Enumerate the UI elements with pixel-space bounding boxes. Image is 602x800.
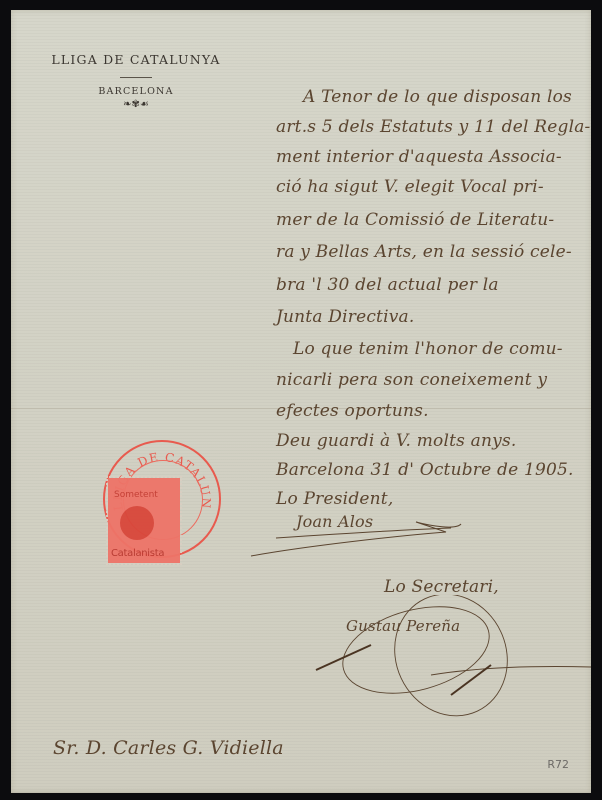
- body-line: bra 'l 30 del actual per la: [276, 275, 499, 295]
- secretary-signature: Gustau Pereña: [311, 595, 601, 730]
- body-line: efectes oportuns.: [276, 401, 429, 421]
- body-line: ció ha sigut V. elegit Vocal pri-: [276, 177, 544, 197]
- stamp-top-text: Sometent: [114, 490, 158, 500]
- body-line: mer de la Comissió de Literatu-: [276, 210, 554, 230]
- body-line: A Tenor de lo que disposan los: [303, 87, 572, 107]
- body-line: nicarli pera son coneixement y: [276, 370, 547, 390]
- body-line: ment interior d'aquesta Associa-: [276, 147, 562, 167]
- body-line: Lo que tenim l'honor de comu-: [293, 339, 563, 359]
- body-line: Lo President,: [276, 489, 393, 509]
- letterhead-rule: [120, 77, 152, 78]
- letterhead-city: BARCELONA: [41, 86, 231, 97]
- letterhead: LLIGA DE CATALUNYA BARCELONA ❧✾☙: [41, 52, 231, 110]
- body-line: ra y Bellas Arts, en la sessió cele-: [276, 242, 572, 262]
- secretary-label: Lo Secretari,: [384, 577, 499, 597]
- signature-flourish-icon: [311, 595, 601, 725]
- body-line: Barcelona 31 d' Octubre de 1905.: [276, 460, 574, 480]
- body-line: art.s 5 dels Estatuts y 11 del Regla-: [276, 117, 590, 137]
- body-line: Deu guardi à V. molts anys.: [276, 431, 516, 451]
- ornament-icon: ❧✾☙: [41, 99, 231, 110]
- letter-paper: LLIGA DE CATALUNYA BARCELONA ❧✾☙ A Tenor…: [11, 10, 591, 793]
- stamp-emblem-icon: [120, 506, 154, 540]
- body-line: Junta Directiva.: [276, 307, 414, 327]
- recipient-line: Sr. D. Carles G. Vidiella: [53, 737, 284, 759]
- president-signature: Joan Alos: [246, 508, 476, 573]
- letterhead-title: LLIGA DE CATALUNYA: [41, 52, 231, 67]
- archive-reference: R72: [547, 758, 569, 771]
- postage-stamp: Sometent Catalanista: [108, 478, 180, 563]
- stamp-bottom-text: Catalanista: [111, 548, 164, 559]
